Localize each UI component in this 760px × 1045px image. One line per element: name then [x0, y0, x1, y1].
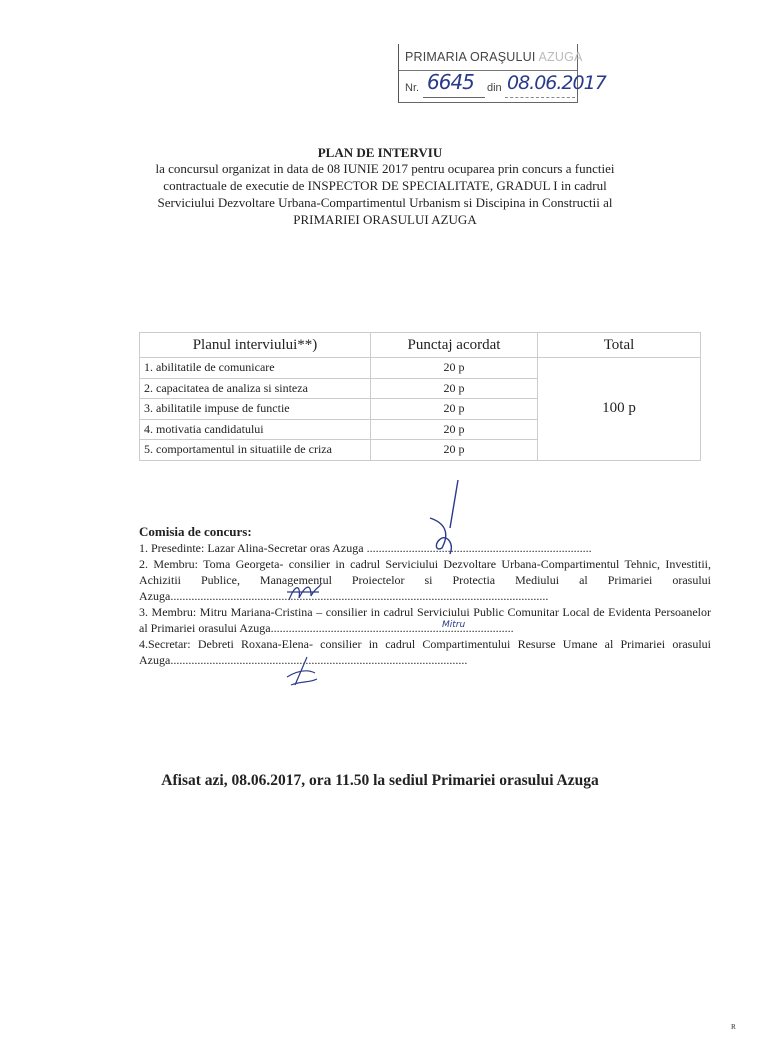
- signature-member-3: Mitru: [442, 620, 465, 630]
- header-plan: Planul interviului**): [140, 333, 371, 358]
- stamp-din-label: din: [487, 82, 502, 94]
- points-cell: 20 p: [371, 419, 538, 440]
- stamp-title: PRIMARIA ORAŞULUI AZUGA: [405, 50, 583, 64]
- total-cell: 100 p: [538, 358, 701, 461]
- table-row: 1. abilitatile de comunicare 20 p 100 p: [140, 358, 701, 379]
- stamp-underline: [423, 97, 485, 98]
- header-total: Total: [538, 333, 701, 358]
- stamp-date: 08.06.2017: [507, 72, 606, 94]
- stamp-underline: [505, 97, 575, 98]
- posting-notice: Afisat azi, 08.06.2017, ora 11.50 la sed…: [0, 772, 760, 790]
- signature-member-2: [285, 578, 325, 606]
- commission-member-2: 2. Membru: Toma Georgeta- consilier in c…: [139, 556, 711, 604]
- interview-plan-table: Planul interviului**) Punctaj acordat To…: [139, 332, 701, 461]
- commission-member-3: 3. Membru: Mitru Mariana-Cristina – cons…: [139, 604, 711, 636]
- stamp-number: 6645: [427, 70, 474, 94]
- criterion-cell: 1. abilitatile de comunicare: [140, 358, 371, 379]
- stamp-divider: [399, 70, 577, 71]
- points-cell: 20 p: [371, 440, 538, 461]
- points-cell: 20 p: [371, 358, 538, 379]
- header-points: Punctaj acordat: [371, 333, 538, 358]
- stamp-nr-label: Nr.: [405, 82, 419, 94]
- document-title: PLAN DE INTERVIU: [0, 145, 760, 161]
- registration-stamp: PRIMARIA ORAŞULUI AZUGA Nr. 6645 din 08.…: [398, 44, 578, 103]
- criterion-cell: 2. capacitatea de analiza si sinteza: [140, 378, 371, 399]
- document-subtitle: la concursul organizat in data de 08 IUN…: [140, 160, 630, 228]
- points-cell: 20 p: [371, 399, 538, 420]
- scan-mark: ʀ: [731, 1021, 736, 1032]
- criterion-cell: 3. abilitatile impuse de functie: [140, 399, 371, 420]
- criterion-cell: 4. motivatia candidatului: [140, 419, 371, 440]
- commission-secretary: 4.Secretar: Debreti Roxana-Elena- consil…: [139, 636, 711, 668]
- signature-secretary: [285, 655, 321, 689]
- criterion-cell: 5. comportamentul in situatiile de criza: [140, 440, 371, 461]
- points-cell: 20 p: [371, 378, 538, 399]
- table-header-row: Planul interviului**) Punctaj acordat To…: [140, 333, 701, 358]
- signature-president: [420, 478, 470, 558]
